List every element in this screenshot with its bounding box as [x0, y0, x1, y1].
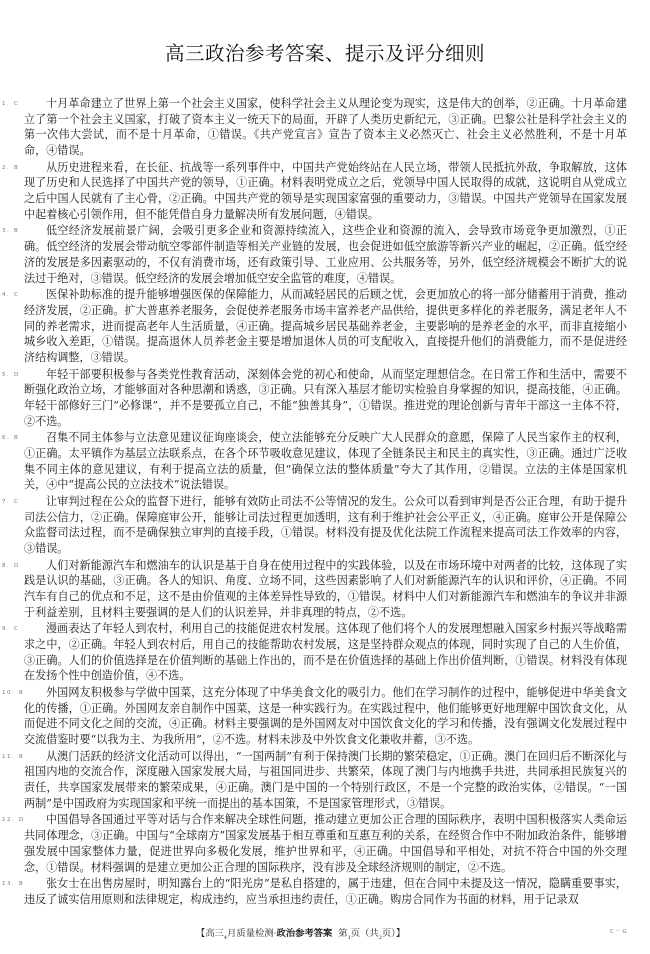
page-title: 高三政治参考答案、提示及评分细则 [0, 38, 650, 66]
answer-list: 1．C 十月革命建立了世界上第一个社会主义国家，使科学社会主义从理论变为现实，这… [24, 96, 627, 908]
footer-page-c: 页） [382, 928, 396, 939]
question-number: 11．B [2, 750, 26, 766]
answer-text: 中国倡导各国通过平等对话与合作来解决全球性问题，推动建立更加公正合理的国际秩序，… [24, 812, 627, 875]
answer-text: 人们对新能源汽车和燃油车的认识是基于自身在使用过程中的实践体验，以及在市场环境中… [24, 558, 627, 621]
question-number: 9．C [2, 622, 26, 638]
answer-item: 1．C 十月革命建立了世界上第一个社会主义国家，使科学社会主义从理论变为现实，这… [24, 96, 627, 159]
footer-exam: 月质量检测· [227, 928, 276, 939]
answer-item: 6．B 召集不同主体参与立法意见建议征询座谈会，使立法能够充分反映广大人民群众的… [24, 430, 627, 493]
answer-item: 11．B 从澳门活跃的经济文化活动可以得出，“一国两制”有利于保持澳门长期的繁荣… [24, 749, 627, 812]
question-number: 13．B [2, 877, 26, 893]
answer-item: 10．B 外国网友积极参与学做中国菜，这充分体现了中华美食文化的吸引力。他们在学… [24, 685, 627, 748]
footer-subject: 政治参考答案 [277, 928, 333, 939]
footer-bracket-open: 【 [196, 928, 205, 939]
answer-item: 8．D 人们对新能源汽车和燃油车的认识是基于自身在使用过程中的实践体验，以及在市… [24, 558, 627, 621]
question-number: 3．B [2, 224, 26, 240]
answer-text: 张女士在出售房屋时，明知露台上的“阳光房”是私自搭建的，属于违建，但在合同中未提… [24, 876, 627, 907]
answer-item: 4．C 医保补助标准的提升能够增强医保的保障能力，从而减轻居民的后顾之忧，会更加… [24, 287, 627, 366]
question-number: 5．D [2, 368, 26, 384]
answer-item: 12．D 中国倡导各国通过平等对话与合作来解决全球性问题，推动建立更加公正合理的… [24, 812, 627, 875]
question-number: 7．C [2, 495, 26, 511]
answer-item: 3．B 低空经济发展前景广阔，会吸引更多企业和资源持续流入，这些企业和资源的流入… [24, 223, 627, 286]
answer-item: 2．B 从历史进程来看，在长征、抗战等一系列事件中，中国共产党始终站在人民立场，… [24, 160, 627, 223]
footer-bracket-close: 】 [396, 928, 405, 939]
answer-text: 低空经济发展前景广阔，会吸引更多企业和资源持续流入，这些企业和资源的流入，会导致… [24, 223, 627, 286]
question-number: 6．B [2, 431, 26, 447]
answer-item: 5．D 年轻干部要积极参与各类党性教育活动，深刻体会党的初心和使命，从而坚定理想… [24, 367, 627, 430]
answer-item: 7．C 让审判过程在公众的监督下进行，能够有效防止司法不公等情况的发生。公众可以… [24, 494, 627, 557]
question-number: 2．B [2, 161, 26, 177]
answer-text: 从历史进程来看，在长征、抗战等一系列事件中，中国共产党始终站在人民立场，带领人民… [24, 160, 627, 223]
question-number: 10．B [2, 686, 26, 702]
answer-text: 十月革命建立了世界上第一个社会主义国家，使科学社会主义从理论变为现实，这是伟大的… [24, 96, 627, 159]
footer-page-b: 页（共 [351, 928, 379, 939]
footer-page-a: 第 [338, 928, 347, 939]
answer-text: 外国网友积极参与学做中国菜，这充分体现了中华美食文化的吸引力。他们在学习制作的过… [24, 685, 627, 748]
question-number: 1．C [2, 97, 26, 113]
footer-code: C－G [610, 927, 628, 935]
question-number: 12．D [2, 813, 26, 829]
page-footer: 【高三4月质量检测·政治参考答案 第1页（共2页）】 [196, 925, 405, 941]
question-number: 4．C [2, 288, 26, 304]
question-number: 8．D [2, 559, 26, 575]
answer-text: 年轻干部要积极参与各类党性教育活动，深刻体会党的初心和使命，从而坚定理想信念。在… [24, 367, 627, 430]
answer-text: 从澳门活跃的经济文化活动可以得出，“一国两制”有利于保持澳门长期的繁荣稳定，①正… [24, 749, 627, 812]
answer-text: 召集不同主体参与立法意见建议征询座谈会，使立法能够充分反映广大人民群众的意愿，保… [24, 430, 627, 493]
answer-item: 13．B 张女士在出售房屋时，明知露台上的“阳光房”是私自搭建的，属于违建，但在… [24, 876, 627, 907]
answer-text: 让审判过程在公众的监督下进行，能够有效防止司法不公等情况的发生。公众可以看到审判… [24, 494, 627, 557]
answer-item: 9．C 漫画表达了年轻人到农村，利用自己的技能促进农村发展。这体现了他们将个人的… [24, 621, 627, 684]
footer-grade: 高三 [205, 928, 224, 939]
answer-text: 漫画表达了年轻人到农村，利用自己的技能促进农村发展。这体现了他们将个人的发展理想… [24, 621, 627, 684]
answer-text: 医保补助标准的提升能够增强医保的保障能力，从而减轻居民的后顾之忧，会更加放心的将… [24, 287, 627, 366]
